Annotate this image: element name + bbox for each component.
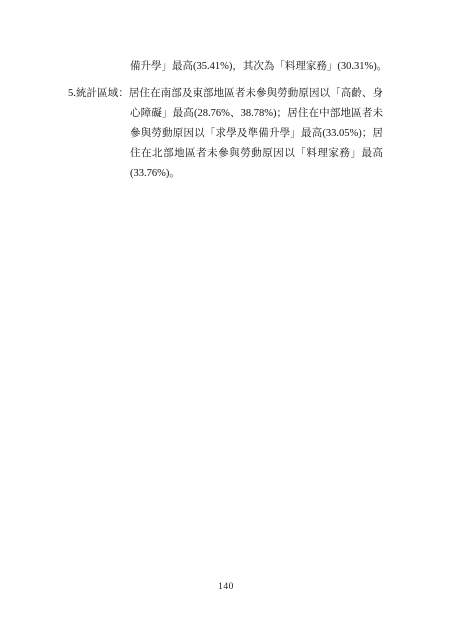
document-page: 備升學」最高(35.41%)，其次為「料理家務」(30.31%)。 5.統計區域… — [0, 0, 452, 640]
list-item-5-line-3: 參與勞動原因以「求學及準備升學」最高(33.05%)；居 — [130, 124, 383, 144]
page-number: 140 — [0, 582, 452, 593]
body-text-block: 備升學」最高(35.41%)，其次為「料理家務」(30.31%)。 5.統計區域… — [0, 0, 452, 184]
paragraph-4-last-line: 備升學」最高(35.41%)，其次為「料理家務」(30.31%)。 — [130, 57, 383, 77]
list-item-5-line-1: 5.統計區域：居住在南部及東部地區者未參與勞動原因以「高齡、身 — [68, 84, 383, 104]
list-item-5-line-2: 心障礙」最高(28.76%、38.78%)；居住在中部地區者未 — [130, 104, 383, 124]
list-item-5-line-4: 住在北部地區者未參與勞動原因以「料理家務」最高 — [130, 144, 383, 164]
list-item-5-line-5: (33.76%)。 — [130, 164, 383, 184]
